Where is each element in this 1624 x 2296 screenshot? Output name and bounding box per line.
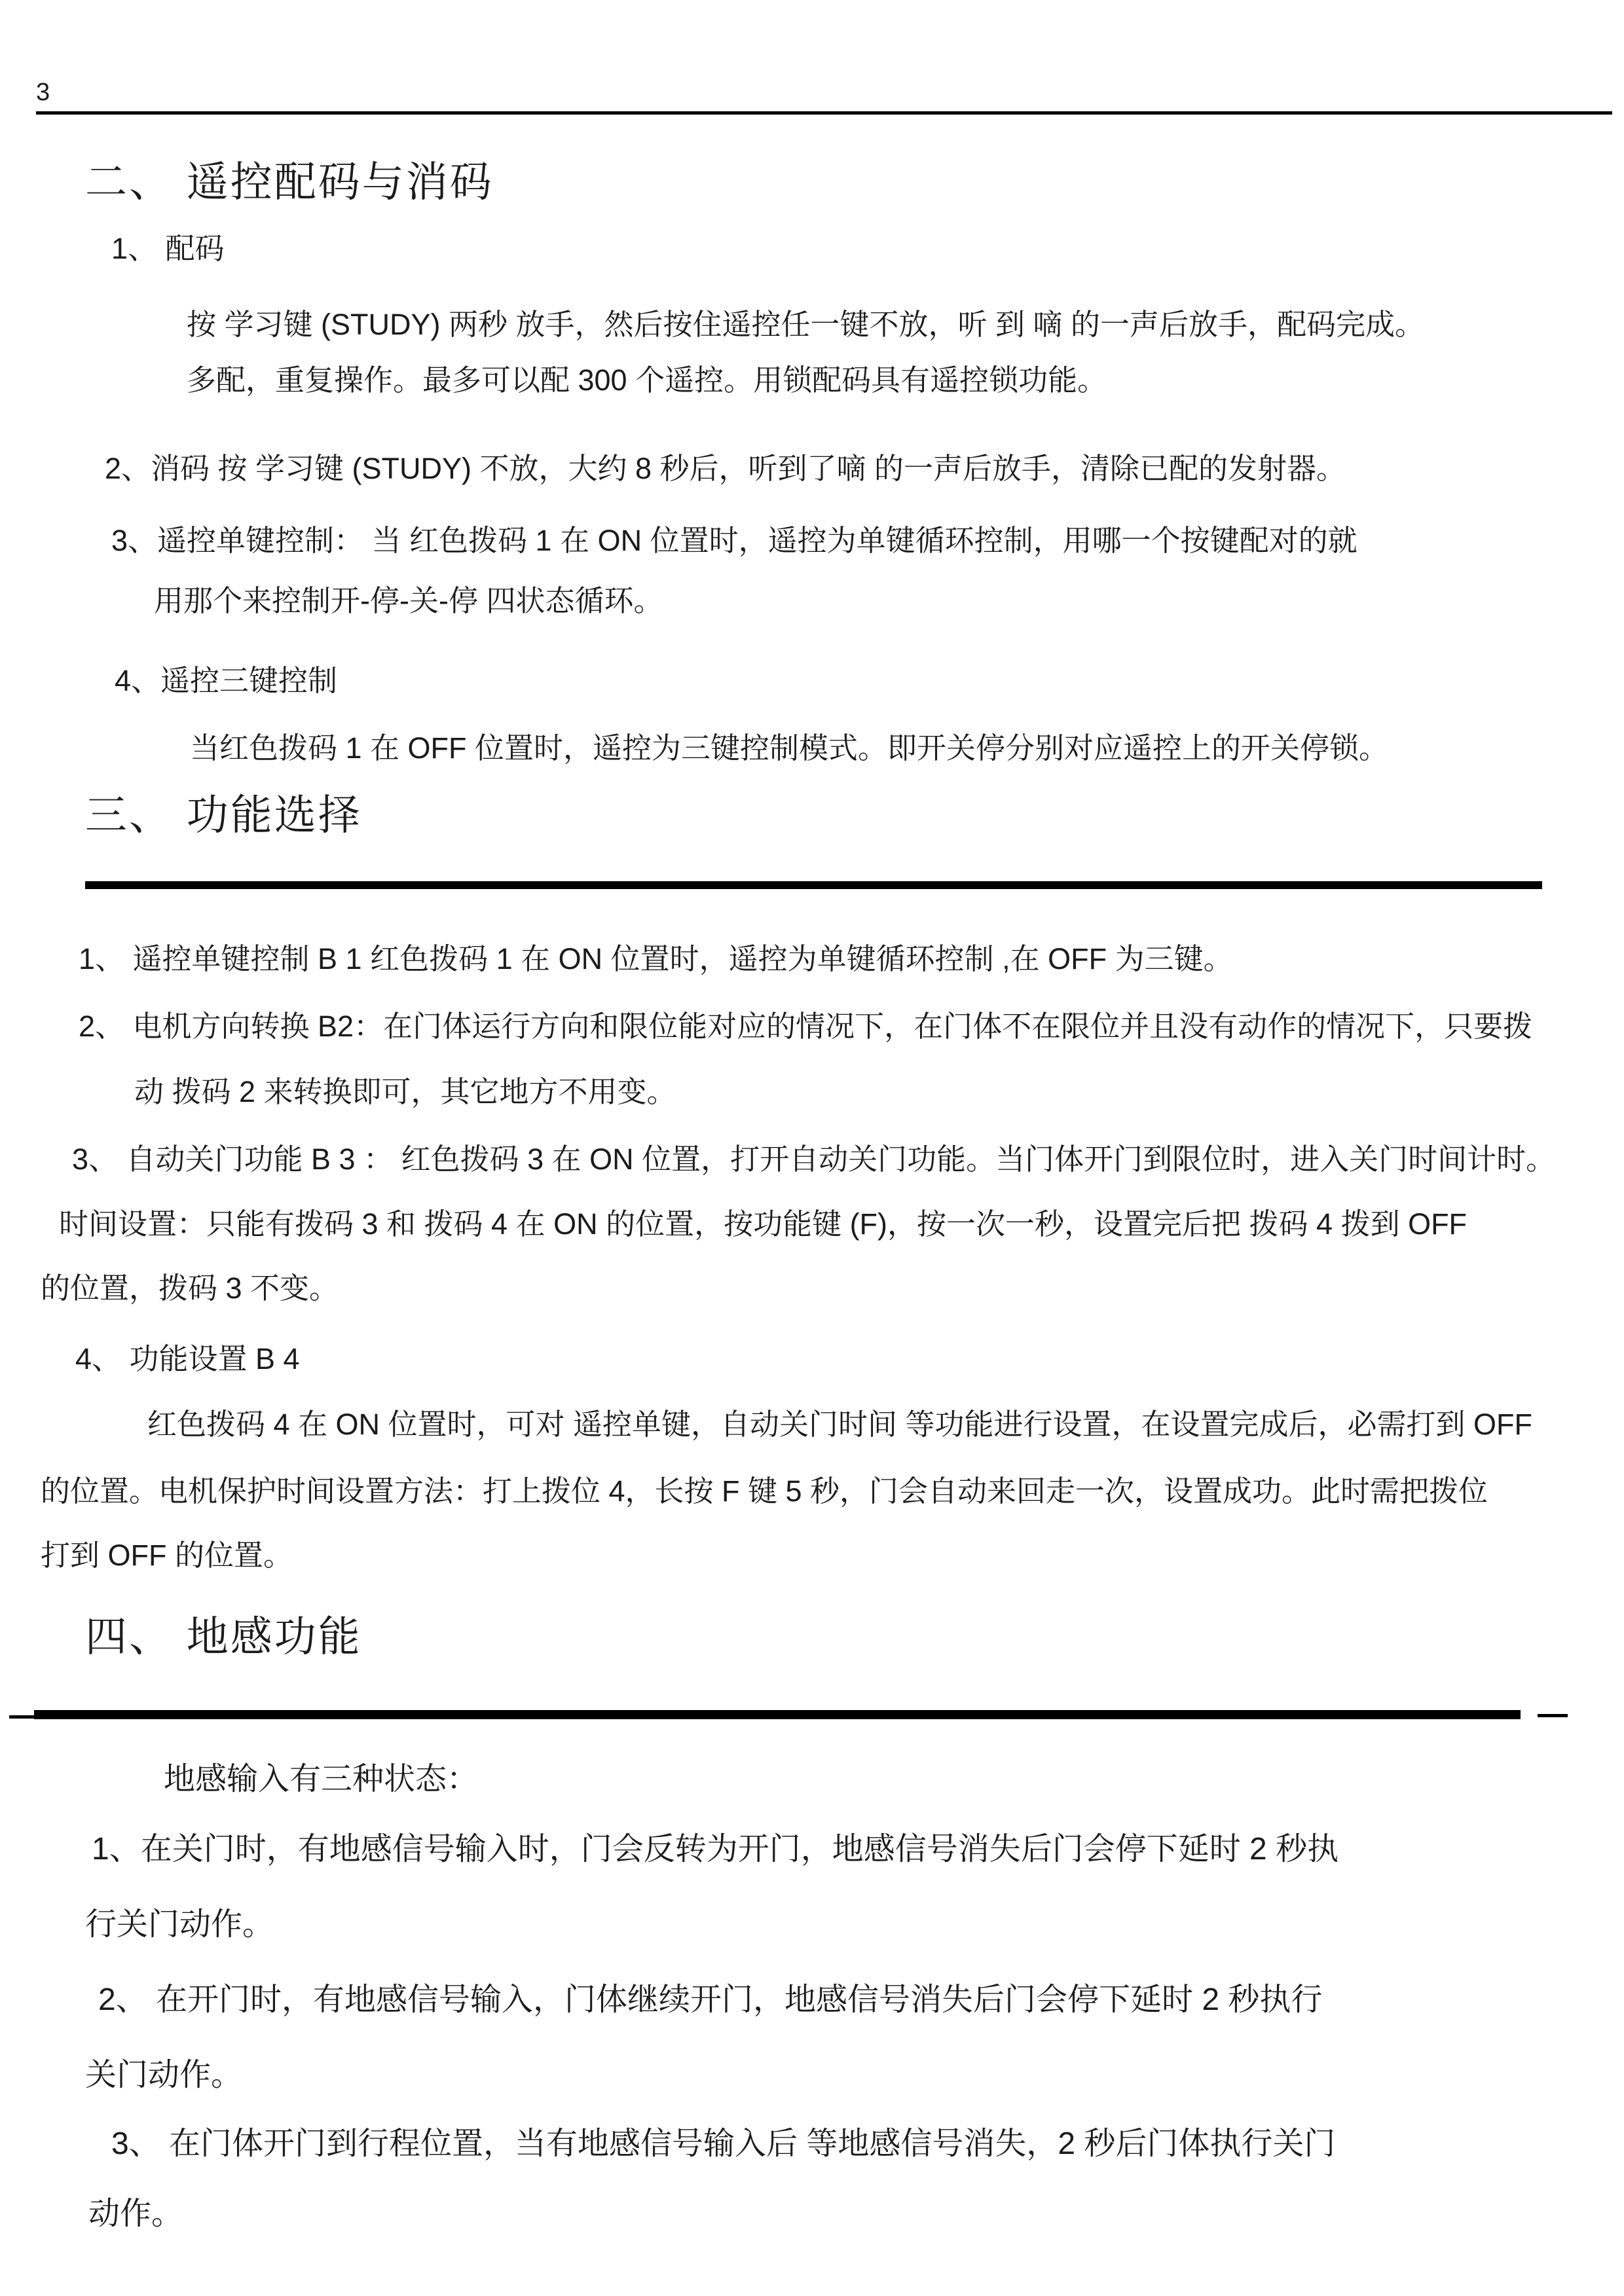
section3-item1: 1、 遥控单键控制 B 1 红色拨码 1 在 ON 位置时，遥控为单键循环控制 … [79, 941, 1233, 977]
section-3-divider [85, 881, 1542, 889]
section-4-title: 四、 地感功能 [85, 1611, 362, 1663]
section2-item1-label: 1、 配码 [111, 230, 225, 267]
section-4-divider-left-tick [9, 1715, 34, 1719]
section2-item2: 2、消码 按 学习键 (STUDY) 不放，大约 8 秒后，听到了嘀 的一声后放… [105, 450, 1346, 487]
section-3-title: 三、 功能选择 [85, 789, 362, 841]
section4-item3-line1: 3、 在门体开门到行程位置，当有地感信号输入后 等地感信号消失，2 秒后门体执行… [111, 2124, 1335, 2164]
section4-item2-line1: 2、 在开门时，有地感信号输入，门体继续开门，地感信号消失后门会停下延时 2 秒… [98, 1980, 1322, 2020]
document-page: 3 二、 遥控配码与消码 1、 配码 按 学习键 (STUDY) 两秒 放手，然… [0, 0, 1624, 2296]
section4-item1-line1: 1、在关门时，有地感信号输入时，门会反转为开门，地感信号消失后门会停下延时 2 … [92, 1830, 1338, 1869]
section-4-divider-right-tick [1538, 1714, 1568, 1717]
section3-item2-line2: 动 拨码 2 来转换即可，其它地方不用变。 [134, 1074, 676, 1110]
section2-item1-line1: 按 学习键 (STUDY) 两秒 放手，然后按住遥控任一键不放，听 到 嘀 的一… [187, 306, 1424, 343]
section4-item2-line2: 关门动作。 [85, 2056, 242, 2095]
section4-item3-line2: 动作。 [88, 2195, 183, 2234]
section2-item1-line2: 多配，重复操作。最多可以配 300 个遥控。用锁配码具有遥控锁功能。 [187, 362, 1107, 399]
section3-item3-line2: 时间设置：只能有拨码 3 和 拨码 4 在 ON 的位置，按功能键 (F)，按一… [59, 1206, 1467, 1243]
section2-item3-line1: 3、遥控单键控制： 当 红色拨码 1 在 ON 位置时，遥控为单键循环控制，用哪… [111, 522, 1357, 559]
section4-item1-line2: 行关门动作。 [85, 1905, 274, 1944]
section3-item4-line2: 的位置。电机保护时间设置方法：打上拨位 4，长按 F 键 5 秒，门会自动来回走… [41, 1473, 1488, 1510]
section3-item3-line1: 3、 自动关门功能 B 3 ： 红色拨码 3 在 ON 位置，打开自动关门功能。… [72, 1141, 1555, 1178]
section3-item4-label: 4、 功能设置 B 4 [75, 1341, 300, 1377]
section-2-title: 二、 遥控配码与消码 [85, 156, 494, 208]
section-4-divider [34, 1710, 1521, 1719]
page-number: 3 [36, 77, 50, 109]
section3-item3-line3: 的位置，拨码 3 不变。 [41, 1270, 339, 1307]
section2-item3-line2: 用那个来控制开-停-关-停 四状态循环。 [154, 583, 663, 619]
section4-intro: 地感输入有三种状态： [164, 1760, 478, 1799]
section3-item4-line1: 红色拨码 4 在 ON 位置时，可对 遥控单键，自动关门时间 等功能进行设置，在… [147, 1406, 1532, 1443]
header-rule [36, 111, 1612, 115]
section3-item2-line1: 2、 电机方向转换 B2：在门体运行方向和限位能对应的情况下，在门体不在限位并且… [79, 1008, 1532, 1045]
section2-item4-label: 4、遥控三键控制 [115, 663, 337, 699]
section3-item4-line3: 打到 OFF 的位置。 [41, 1537, 293, 1574]
section2-item4-line1: 当红色拨码 1 在 OFF 位置时，遥控为三键控制模式。即开关停分别对应遥控上的… [190, 730, 1388, 767]
